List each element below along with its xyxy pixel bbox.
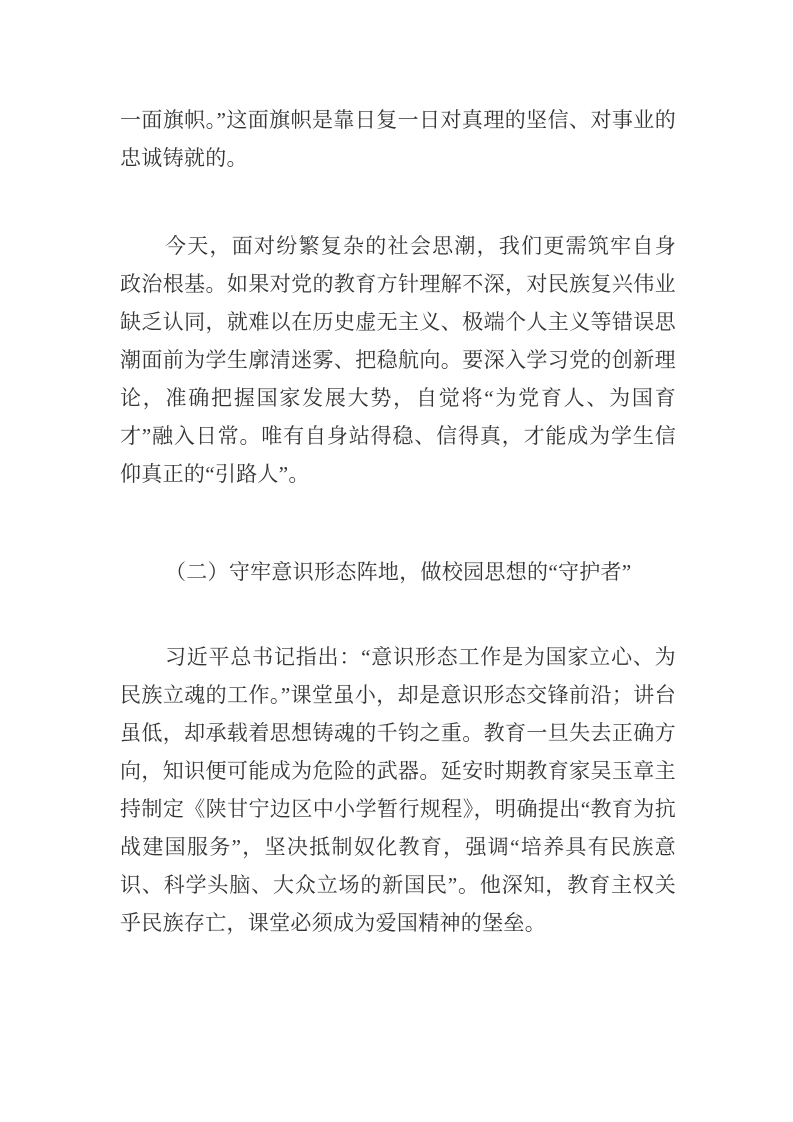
paragraph-ideology-classroom: 习近平总书记指出：“意识形态工作是为国家立心、为民族立魂的工作。”课堂虽小，却是… <box>120 638 676 942</box>
document-page: 一面旗帜。”这面旗帜是靠日复一日对真理的坚信、对事业的忠诚铸就的。 今天，面对纷… <box>0 0 793 1122</box>
section-heading-ideology-guardian: （二）守牢意识形态阵地，做校园思想的“守护者” <box>120 553 676 591</box>
paragraph-political-foundation: 今天，面对纷繁复杂的社会思潮，我们更需筑牢自身政治根基。如果对党的教育方针理解不… <box>120 227 676 493</box>
paragraph-flag-continuation: 一面旗帜。”这面旗帜是靠日复一日对真理的坚信、对事业的忠诚铸就的。 <box>120 101 676 177</box>
